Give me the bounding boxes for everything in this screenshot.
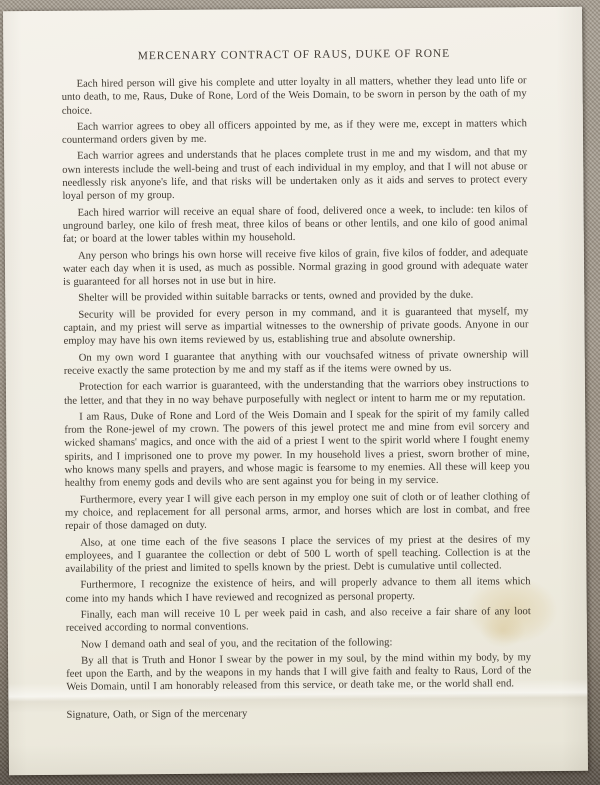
fabric-background: MERCENARY CONTRACT OF RAUS, DUKE OF RONE…	[0, 0, 600, 785]
contract-paragraph: Furthermore, every year I will give each…	[65, 490, 530, 534]
contract-title: MERCENARY CONTRACT OF RAUS, DUKE OF RONE	[61, 47, 526, 63]
signature-line: Signature, Oath, or Sign of the mercenar…	[66, 705, 531, 722]
contract-paragraph: By all that is Truth and Honor I swear b…	[66, 651, 531, 695]
contract-paragraph: Each hired person will give his complete…	[62, 74, 527, 118]
contract-paragraph: Furthermore, I recognize the existence o…	[65, 576, 530, 606]
contract-paragraph: Shelter will be provided within suitable…	[63, 289, 528, 306]
contract-paragraph: Now I demand oath and seal of you, and t…	[66, 635, 531, 652]
contract-paragraph: Each hired warrior will receive an equal…	[63, 203, 528, 247]
contract-paragraph: Each warrior agrees and understands that…	[62, 147, 527, 204]
contract-paragraph: Each warrior agrees to obey all officers…	[62, 117, 527, 147]
contract-body: MERCENARY CONTRACT OF RAUS, DUKE OF RONE…	[61, 47, 531, 722]
contract-paragraph: Security will be provided for every pers…	[63, 305, 528, 349]
contract-paragraph: Any person who brings his own horse will…	[63, 246, 528, 290]
contract-paragraph: Also, at one time each of the five seaso…	[65, 533, 530, 577]
paper-sheet: MERCENARY CONTRACT OF RAUS, DUKE OF RONE…	[3, 7, 588, 776]
contract-paragraph: Finally, each man will receive 10 L per …	[66, 605, 531, 635]
contract-paragraph: I am Raus, Duke of Rone and Lord of the …	[64, 407, 530, 490]
contract-paragraph: Protection for each warrior is guarantee…	[64, 377, 529, 407]
contract-paragraph: On my own word I guarantee that anything…	[64, 348, 529, 378]
